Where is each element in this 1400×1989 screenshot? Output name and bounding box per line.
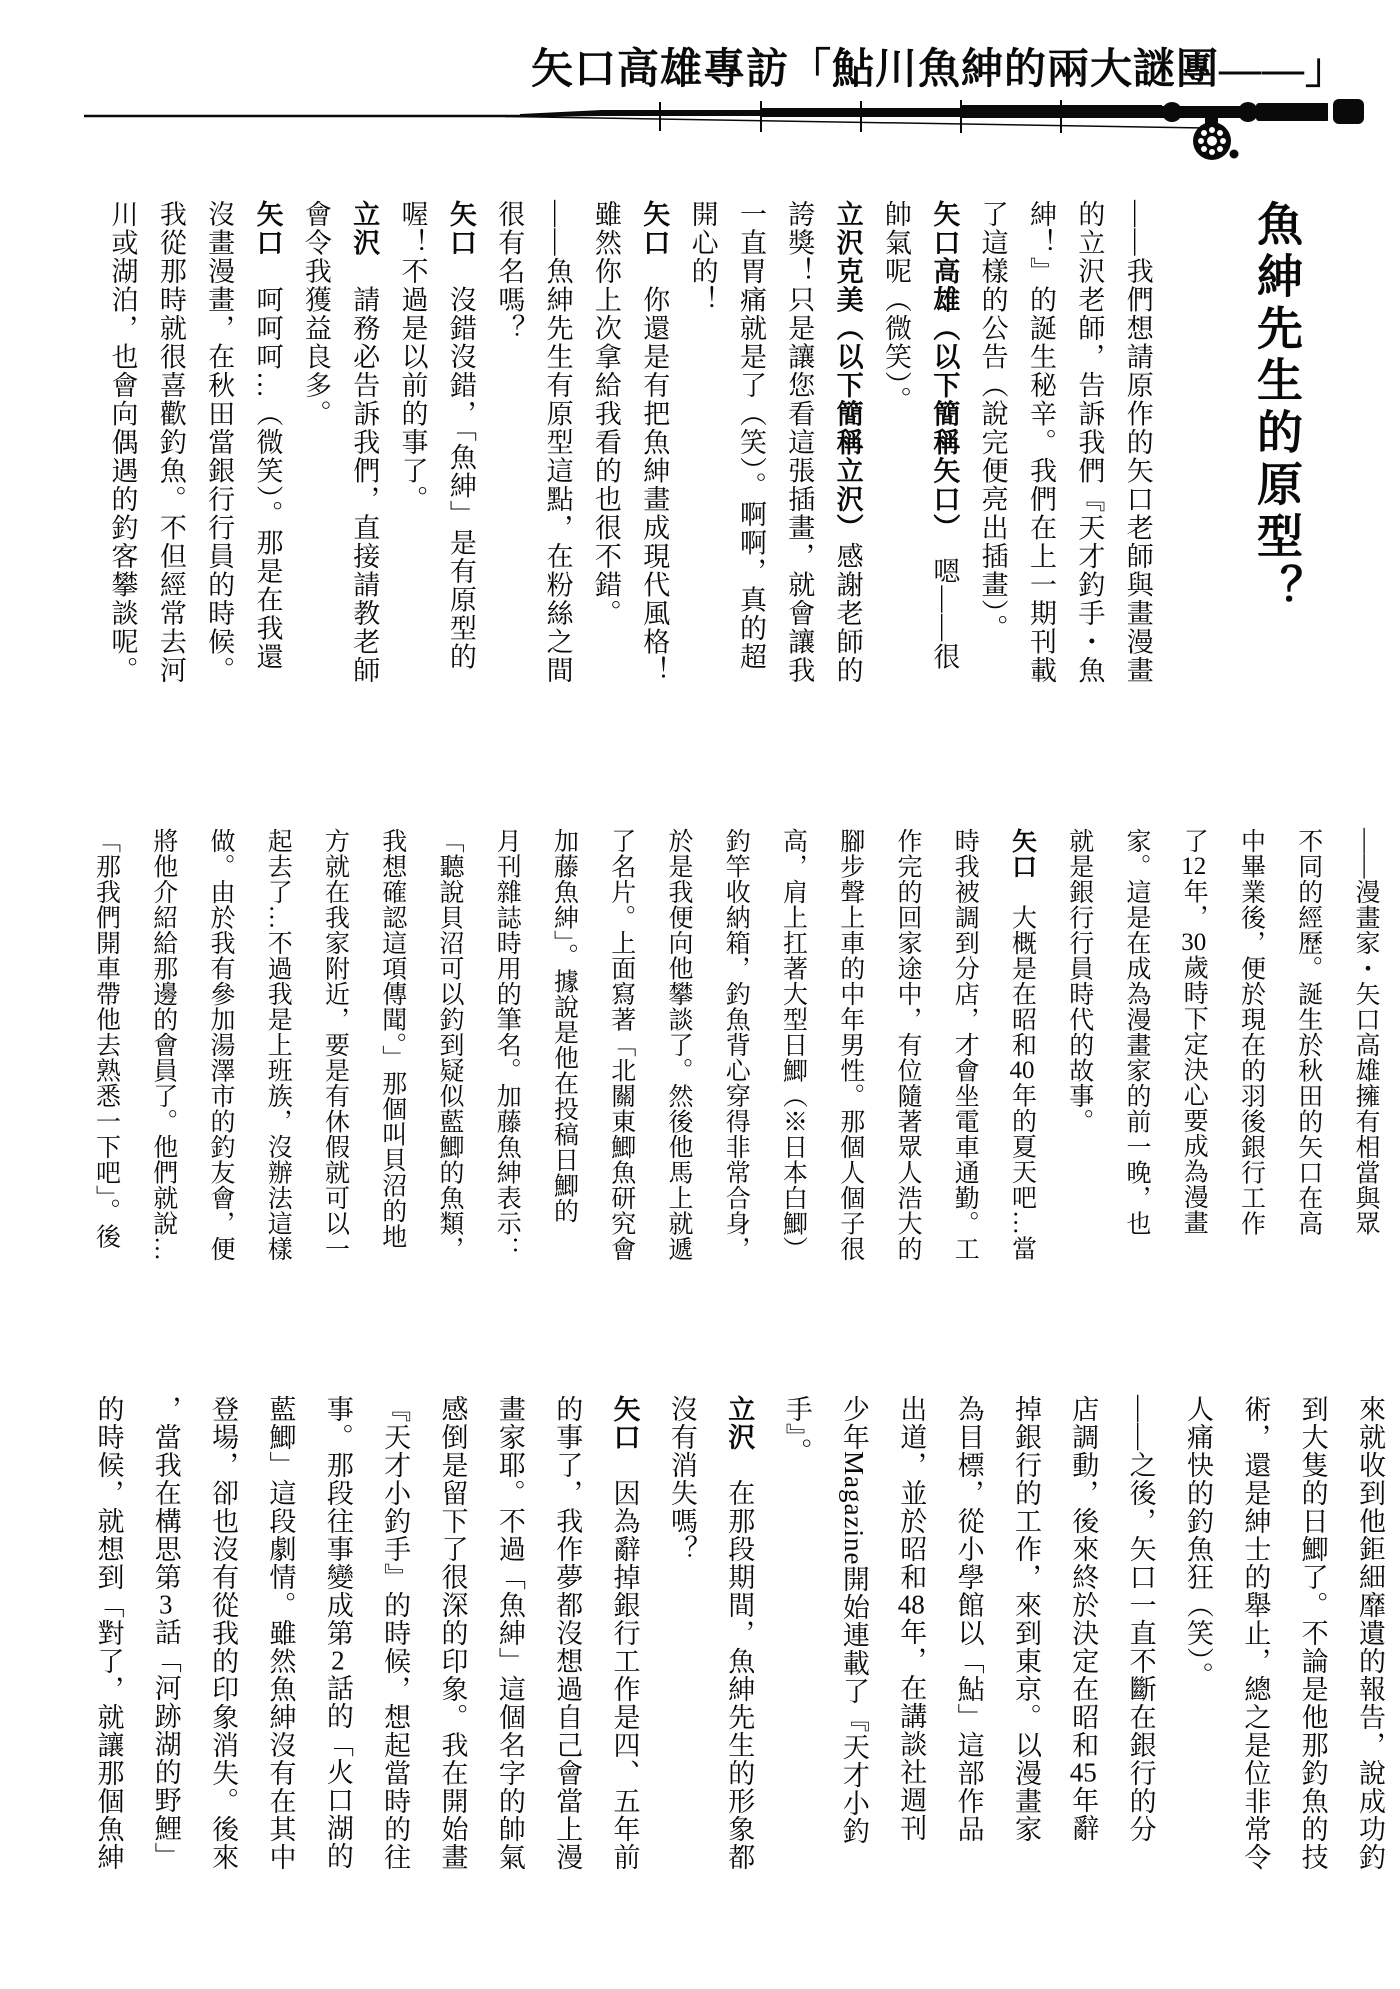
text-column: 登場，卻也沒有從我的印象消失。後來 bbox=[209, 1395, 237, 1871]
text-column: 掉銀行的工作，來到東京。以漫畫家 bbox=[1012, 1395, 1040, 1871]
speaker-name: 矢口 bbox=[610, 1395, 640, 1451]
text-column: 『天才小釣手』的時候，想起當時的往 bbox=[381, 1395, 409, 1871]
text-column: 沒有消失嗎？ bbox=[668, 1395, 696, 1871]
text-column: 矢口 你還是有把魚紳畫成現代風格！ bbox=[640, 200, 668, 685]
text-column: 出道，並於昭和48年，在講談社週刊 bbox=[897, 1395, 925, 1871]
interview-section-career: ——漫畫家・矢口高雄擁有相當與眾不同的經歷。誕生於秋田的矢口在高中畢業後，便於現… bbox=[61, 828, 1378, 1262]
text-column: 的事了，我作夢都沒想過自己會當上漫 bbox=[553, 1395, 581, 1871]
text-column: 矢口 大概是在昭和40年的夏天吧…當 bbox=[1008, 828, 1034, 1262]
text-column: 感倒是留下了很深的印象。我在開始畫 bbox=[438, 1395, 466, 1871]
text-column: 很有名嗎？ bbox=[495, 200, 523, 685]
speaker-name: 矢口 bbox=[253, 200, 283, 257]
text-column: 雖然你上次拿給我看的也很不錯。 bbox=[592, 200, 620, 685]
speaker-name: 立沢 bbox=[724, 1395, 754, 1451]
text-column: 帥氣呢（微笑）。 bbox=[882, 200, 910, 685]
text-column: 立沢 在那段期間，魚紳先生的形象都 bbox=[725, 1395, 753, 1871]
text-column: 川或湖泊，也會向偶遇的釣客攀談呢。 bbox=[108, 200, 136, 685]
interview-section-origin: 魚紳先生的原型？ ——我們想請原作的矢口老師與畫漫畫的立沢老師，告訴我們『天才釣… bbox=[88, 200, 1300, 685]
text-column: 於是我便向他攀談了。然後他馬上就遞 bbox=[665, 828, 691, 1262]
text-column: 為目標，從小學館以「鮎」這部作品 bbox=[954, 1395, 982, 1871]
text-column: 會令我獲益良多。 bbox=[302, 200, 330, 685]
text-column: 家。這是在成為漫畫家的前一晚，也 bbox=[1123, 828, 1149, 1262]
text-column: 的時候，就想到「對了，就讓那個魚紳 bbox=[94, 1395, 122, 1871]
text-column: 「聽說貝沼可以釣到疑似藍鯽的魚類， bbox=[436, 828, 462, 1262]
text-column: 矢口 沒錯沒錯，「魚紳」是有原型的 bbox=[447, 200, 475, 685]
speaker-name: 矢口高雄（以下簡稱矢口） bbox=[929, 200, 959, 529]
text-column: 作完的回家途中，有位隨著眾人浩大的 bbox=[894, 828, 920, 1262]
text-column: 高，肩上扛著大型日鯽（※日本白鯽） bbox=[779, 828, 805, 1262]
text-column: 藍鯽」這段劇情。雖然魚紳沒有在其中 bbox=[266, 1395, 294, 1871]
text-column: 加藤魚紳」。據說是他在投稿日鯽的 bbox=[550, 828, 576, 1262]
text-column: 畫家耶。不過「魚紳」這個名字的帥氣 bbox=[496, 1395, 524, 1871]
text-column: ——魚紳先生有原型這點，在粉絲之間 bbox=[543, 200, 571, 685]
text-column: 少年Magazine開始連載了『天才小釣 bbox=[840, 1395, 868, 1871]
text-column: 我想確認這項傳聞。」那個叫貝沼的地 bbox=[379, 828, 405, 1262]
text-column: 一直胃痛就是了（笑）。啊啊，真的超 bbox=[737, 200, 765, 685]
speaker-name: 矢口 bbox=[446, 200, 476, 257]
inline-number: 3 bbox=[151, 1591, 181, 1618]
text-column: 立沢克美（以下簡稱立沢）感謝老師的 bbox=[833, 200, 861, 685]
text-column: 到大隻的日鯽了。不論是他那釣魚的技 bbox=[1298, 1395, 1326, 1871]
text-column: 方就在我家附近，要是有休假就可以一 bbox=[321, 828, 347, 1262]
text-column: 喔！不過是以前的事了。 bbox=[398, 200, 426, 685]
text-column: 術，還是紳士的舉止，總之是位非常令 bbox=[1241, 1395, 1269, 1871]
text-column: 的立沢老師，告訴我們『天才釣手・魚 bbox=[1075, 200, 1103, 685]
text-column: 我從那時就很喜歡釣魚。不但經常去河 bbox=[156, 200, 184, 685]
text-column: 事。那段往事變成第2話的「火口湖的 bbox=[323, 1395, 351, 1871]
text-column: 中畢業後，便於現在的羽後銀行工作 bbox=[1237, 828, 1263, 1262]
text-column: ——我們想請原作的矢口老師與畫漫畫 bbox=[1123, 200, 1151, 685]
text-column: ，當我在構思第3話「河跡湖的野鯉」 bbox=[151, 1395, 179, 1871]
text-column: 誇獎！只是讓您看這張插畫，就會讓我 bbox=[785, 200, 813, 685]
text-column: 釣竿收納箱，釣魚背心穿得非常合身， bbox=[722, 828, 748, 1262]
text-column: 做。由於我有參加湯澤市的釣友會，便 bbox=[207, 828, 233, 1262]
inline-number: 45 bbox=[1068, 1759, 1098, 1786]
text-column: 將他介紹給那邊的會員了。他們就說… bbox=[150, 828, 176, 1262]
speaker-name: 矢口 bbox=[1009, 828, 1036, 879]
text-column: 起去了…不過我是上班族，沒辦法這樣 bbox=[264, 828, 290, 1262]
inline-number: 30 bbox=[1180, 930, 1207, 955]
text-column: 不同的經歷。誕生於秋田的矢口在高 bbox=[1295, 828, 1321, 1262]
text-column: 了12年，30歲時下定決心要成為漫畫 bbox=[1180, 828, 1206, 1262]
inline-number: 2 bbox=[323, 1647, 353, 1674]
speaker-name: 矢口 bbox=[639, 200, 669, 257]
text-column: 手』。 bbox=[782, 1395, 810, 1871]
text-column: 時我被調到分店，才會坐電車通勤。工 bbox=[951, 828, 977, 1262]
speaker-name: 立沢克美（以下簡稱立沢） bbox=[833, 200, 863, 542]
text-column: 「那我們開車帶他去熟悉一下吧」。後 bbox=[92, 828, 118, 1262]
inline-number: 12 bbox=[1180, 854, 1207, 879]
text-column: 矢口 呵呵呵…（微笑）。那是在我還 bbox=[253, 200, 281, 685]
text-column: 來就收到他鉅細靡遺的報告，說成功釣 bbox=[1356, 1395, 1384, 1871]
inline-number: 48 bbox=[896, 1591, 926, 1618]
text-column: 腳步聲上車的中年男性。那個人個子很 bbox=[837, 828, 863, 1262]
text-column: 沒畫漫畫，在秋田當銀行行員的時候。 bbox=[205, 200, 233, 685]
text-column: 了這樣的公告（說完便亮出插畫）。 bbox=[978, 200, 1006, 685]
section-headline: 魚紳先生的原型？ bbox=[1252, 200, 1300, 685]
magazine-interview-page: 矢口高雄專訪「鮎川魚紳的兩大謎團——」 bbox=[0, 0, 1400, 1989]
text-column: ——之後，矢口一直不斷在銀行的分 bbox=[1126, 1395, 1154, 1871]
interview-section-debut: 來就收到他鉅細靡遺的報告，說成功釣到大隻的日鯽了。不論是他那釣魚的技術，還是紳士… bbox=[65, 1395, 1384, 1871]
text-column: 開心的！ bbox=[688, 200, 716, 685]
text-column: 紳！』的誕生秘辛。我們在上一期刊載 bbox=[1027, 200, 1055, 685]
text-column: 矢口高雄（以下簡稱矢口） 嗯——很 bbox=[930, 200, 958, 685]
text-column: 店調動，後來終於決定在昭和45年辭 bbox=[1069, 1395, 1097, 1871]
text-column: 了名片。上面寫著「北關東鯽魚研究會 bbox=[608, 828, 634, 1262]
speaker-name: 立沢 bbox=[349, 200, 379, 257]
text-column: 矢口 因為辭掉銀行工作是四、五年前 bbox=[610, 1395, 638, 1871]
text-column: 立沢 請務必告訴我們，直接請教老師 bbox=[350, 200, 378, 685]
text-column: 就是銀行行員時代的故事。 bbox=[1066, 828, 1092, 1262]
inline-number: 40 bbox=[1009, 1058, 1036, 1083]
fishing-rod-and-reel-icon bbox=[0, 0, 1400, 185]
text-column: 月刊雜誌時用的筆名。加藤魚紳表示： bbox=[493, 828, 519, 1262]
text-column: ——漫畫家・矢口高雄擁有相當與眾 bbox=[1352, 828, 1378, 1262]
text-column: 人痛快的釣魚狂（笑）。 bbox=[1184, 1395, 1212, 1871]
